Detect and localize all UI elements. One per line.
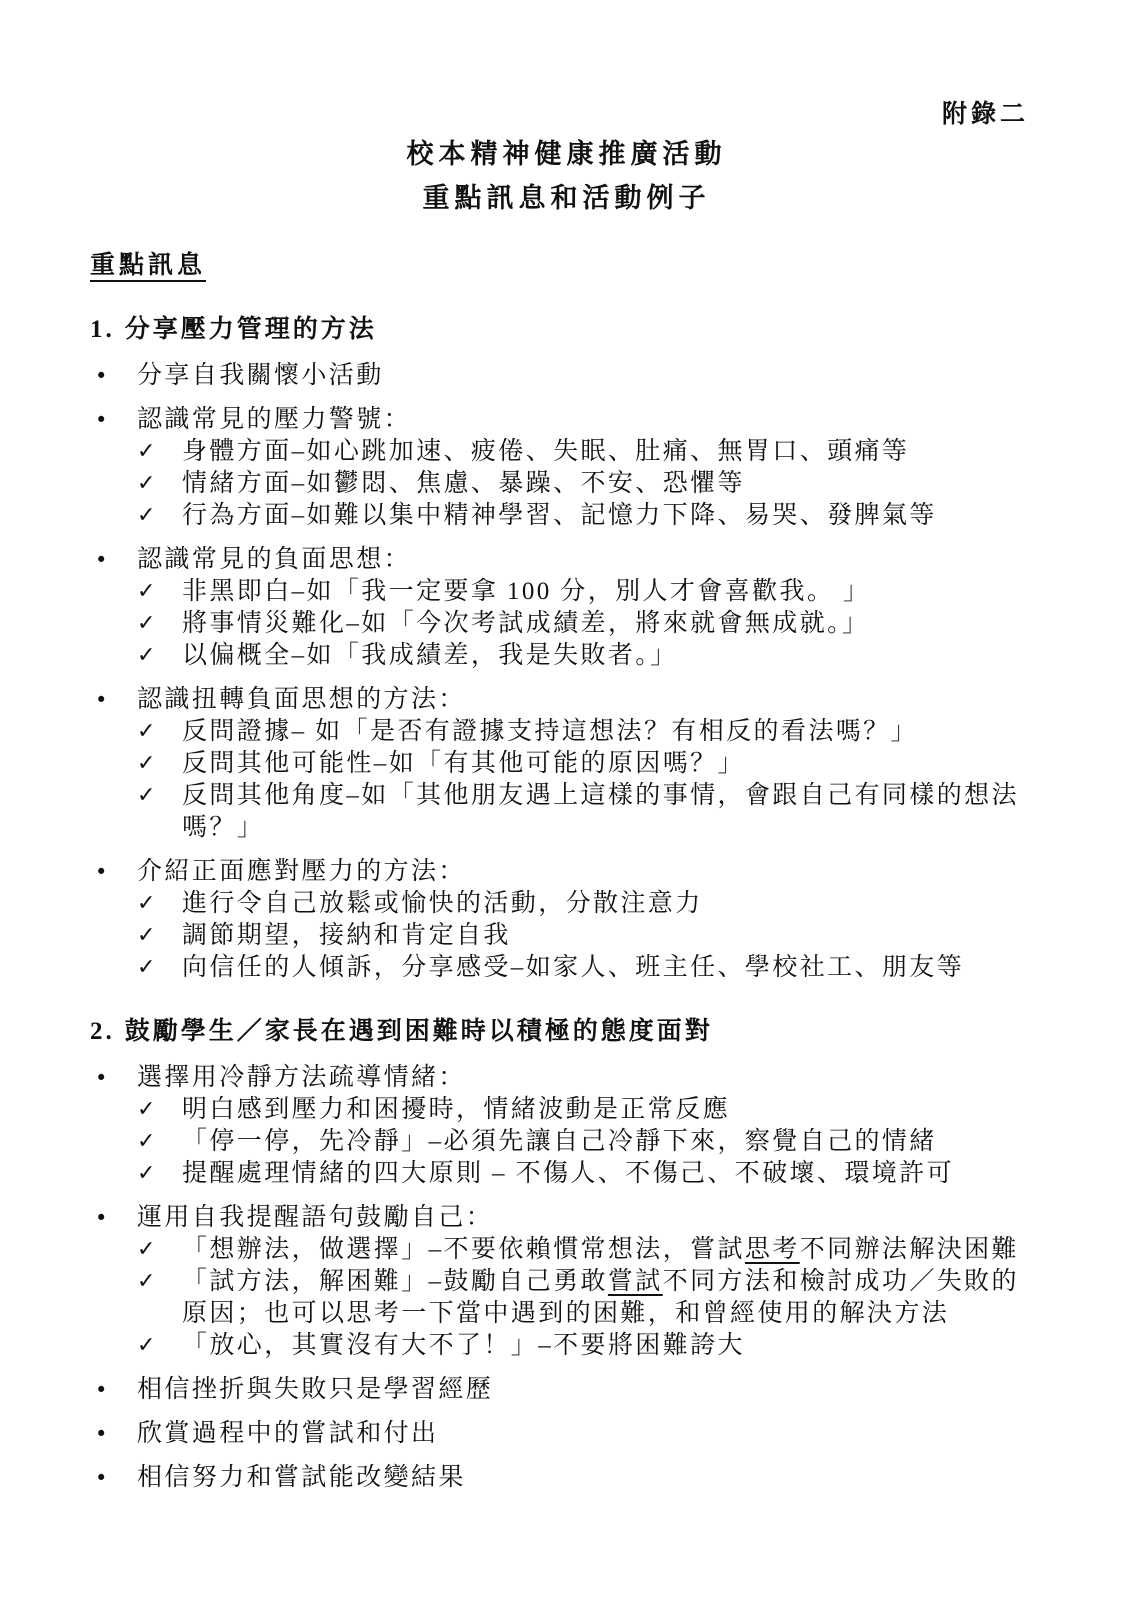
doc-title-line2: 重點訊息和活動例子	[90, 176, 1043, 220]
check-item: ✓ 反問其他可能性–如「有其他可能的原因嗎？」	[90, 748, 1043, 780]
bullet-text: 分享自我關懷小活動	[137, 360, 1043, 392]
section-1-heading: 1. 分享壓力管理的方法	[90, 312, 1043, 348]
check-icon: ✓	[137, 716, 182, 748]
check-item: ✓ 「試方法，解困難」–鼓勵自己勇敢嘗試不同方法和檢討成功／失敗的原因；也可以思…	[90, 1266, 1043, 1330]
check-item: ✓ 向信任的人傾訴，分享感受–如家人、班主任、學校社工、朋友等	[90, 952, 1043, 984]
check-item: ✓ 進行令自己放鬆或愉快的活動，分散注意力	[90, 888, 1043, 920]
check-text: 向信任的人傾訴，分享感受–如家人、班主任、學校社工、朋友等	[182, 952, 1043, 984]
check-text: 行為方面–如難以集中精神學習、記憶力下降、易哭、發脾氣等	[182, 500, 1043, 532]
bullet-text: 相信挫折與失敗只是學習經歷	[137, 1374, 1043, 1406]
key-messages-heading-text: 重點訊息	[90, 252, 206, 279]
check-text: 「試方法，解困難」–鼓勵自己勇敢嘗試不同方法和檢討成功／失敗的原因；也可以思考一…	[182, 1266, 1043, 1330]
check-item: ✓ 行為方面–如難以集中精神學習、記憶力下降、易哭、發脾氣等	[90, 500, 1043, 532]
bullet-icon: •	[95, 1418, 137, 1450]
check-icon: ✓	[137, 920, 182, 952]
check-item: ✓ 身體方面–如心跳加速、疲倦、失眠、肚痛、無胃口、頭痛等	[90, 436, 1043, 468]
check-item: ✓ 情緒方面–如鬱悶、焦慮、暴躁、不安、恐懼等	[90, 468, 1043, 500]
section-1-number: 1.	[90, 312, 115, 348]
bullet-text: 運用自我提醒語句鼓勵自己：	[137, 1202, 1043, 1234]
section-2-heading: 2. 鼓勵學生／家長在遇到困難時以積極的態度面對	[90, 1014, 1043, 1050]
bullet-item: • 認識扭轉負面思想的方法：	[90, 684, 1043, 716]
check-icon: ✓	[137, 952, 182, 984]
check-text: 情緒方面–如鬱悶、焦慮、暴躁、不安、恐懼等	[182, 468, 1043, 500]
check-text-segment: 不同方法和檢討成功／失敗的	[663, 1268, 1019, 1295]
check-text: 「放心，其實沒有大不了！」–不要將困難誇大	[182, 1330, 1043, 1362]
bullet-item: • 分享自我關懷小活動	[90, 360, 1043, 392]
check-text-segment: 「想辦法，做選擇」–不要依賴慣常想法，嘗試	[182, 1236, 745, 1263]
check-item: ✓ 反問證據– 如「是否有證據支持這想法？有相反的看法嗎？」	[90, 716, 1043, 748]
bullet-icon: •	[95, 856, 137, 888]
check-icon: ✓	[137, 888, 182, 920]
document-page: 附錄二 校本精神健康推廣活動 重點訊息和活動例子 重點訊息 1. 分享壓力管理的…	[0, 0, 1131, 1600]
bullet-item: • 介紹正面應對壓力的方法：	[90, 856, 1043, 888]
bullet-icon: •	[95, 1374, 137, 1406]
bullet-item: • 選擇用冷靜方法疏導情緒：	[90, 1062, 1043, 1094]
check-icon: ✓	[137, 1266, 182, 1330]
check-text: 以偏概全–如「我成績差，我是失敗者。」	[182, 640, 1043, 672]
check-text-line2: 原因；也可以思考一下當中遇到的困難，和曾經使用的解決方法	[182, 1300, 949, 1327]
check-icon: ✓	[137, 748, 182, 780]
check-item: ✓ 調節期望，接納和肯定自我	[90, 920, 1043, 952]
bullet-icon: •	[95, 544, 137, 576]
check-item: ✓ 反問其他角度–如「其他朋友遇上這樣的事情，會跟自己有同樣的想法嗎？」	[90, 780, 1043, 844]
bullet-text: 認識常見的壓力警號：	[137, 404, 1043, 436]
bullet-text: 認識扭轉負面思想的方法：	[137, 684, 1043, 716]
bullet-item: • 認識常見的壓力警號：	[90, 404, 1043, 436]
check-text-line1: 反問其他角度–如「其他朋友遇上這樣的事情，會跟自己有同樣的想法	[182, 782, 1019, 809]
check-text: 「想辦法，做選擇」–不要依賴慣常想法，嘗試思考不同辦法解決困難	[182, 1234, 1043, 1266]
bullet-icon: •	[95, 1202, 137, 1234]
check-text: 提醒處理情緒的四大原則 – 不傷人、不傷己、不破壞、環境許可	[182, 1158, 1043, 1190]
doc-title-line1: 校本精神健康推廣活動	[90, 132, 1043, 176]
bullet-text: 相信努力和嘗試能改變結果	[137, 1462, 1043, 1494]
check-text: 身體方面–如心跳加速、疲倦、失眠、肚痛、無胃口、頭痛等	[182, 436, 1043, 468]
bullet-item: • 相信挫折與失敗只是學習經歷	[90, 1374, 1043, 1406]
bullet-text: 選擇用冷靜方法疏導情緒：	[137, 1062, 1043, 1094]
check-text: 明白感到壓力和困擾時，情緒波動是正常反應	[182, 1094, 1043, 1126]
check-text: 反問其他可能性–如「有其他可能的原因嗎？」	[182, 748, 1043, 780]
check-icon: ✓	[137, 640, 182, 672]
check-item: ✓ 提醒處理情緒的四大原則 – 不傷人、不傷己、不破壞、環境許可	[90, 1158, 1043, 1190]
check-text: 反問其他角度–如「其他朋友遇上這樣的事情，會跟自己有同樣的想法嗎？」	[182, 780, 1043, 844]
check-icon: ✓	[137, 576, 182, 608]
check-icon: ✓	[137, 436, 182, 468]
check-icon: ✓	[137, 1094, 182, 1126]
bullet-item: • 相信努力和嘗試能改變結果	[90, 1462, 1043, 1494]
underlined-word: 嘗試	[608, 1268, 663, 1295]
bullet-icon: •	[95, 1062, 137, 1094]
check-text: 非黑即白–如「我一定要拿 100 分，別人才會喜歡我。 」	[182, 576, 1043, 608]
bullet-icon: •	[95, 1462, 137, 1494]
section-2-number: 2.	[90, 1014, 115, 1050]
section-1-title: 分享壓力管理的方法	[125, 312, 377, 348]
check-text: 將事情災難化–如「今次考試成績差，將來就會無成就。」	[182, 608, 1043, 640]
bullet-icon: •	[95, 684, 137, 716]
check-icon: ✓	[137, 500, 182, 532]
check-item: ✓ 將事情災難化–如「今次考試成績差，將來就會無成就。」	[90, 608, 1043, 640]
bullet-icon: •	[95, 360, 137, 392]
check-item: ✓ 非黑即白–如「我一定要拿 100 分，別人才會喜歡我。 」	[90, 576, 1043, 608]
bullet-text: 認識常見的負面思想：	[137, 544, 1043, 576]
check-text-segment: 不同辦法解決困難	[800, 1236, 1019, 1263]
check-icon: ✓	[137, 1234, 182, 1266]
check-text: 進行令自己放鬆或愉快的活動，分散注意力	[182, 888, 1043, 920]
check-icon: ✓	[137, 468, 182, 500]
bullet-icon: •	[95, 404, 137, 436]
check-item: ✓ 「停一停，先冷靜」–必須先讓自己冷靜下來，察覺自己的情緒	[90, 1126, 1043, 1158]
check-item: ✓ 「放心，其實沒有大不了！」–不要將困難誇大	[90, 1330, 1043, 1362]
bullet-text: 介紹正面應對壓力的方法：	[137, 856, 1043, 888]
appendix-label: 附錄二	[90, 98, 1043, 132]
check-text: 反問證據– 如「是否有證據支持這想法？有相反的看法嗎？」	[182, 716, 1043, 748]
check-icon: ✓	[137, 1330, 182, 1362]
section-2-title: 鼓勵學生／家長在遇到困難時以積極的態度面對	[125, 1014, 713, 1050]
bullet-item: • 運用自我提醒語句鼓勵自己：	[90, 1202, 1043, 1234]
bullet-text: 欣賞過程中的嘗試和付出	[137, 1418, 1043, 1450]
check-icon: ✓	[137, 608, 182, 640]
key-messages-heading: 重點訊息	[90, 250, 1043, 282]
check-text-line2: 嗎？」	[182, 814, 264, 841]
underlined-word: 思考	[745, 1236, 800, 1263]
check-text: 調節期望，接納和肯定自我	[182, 920, 1043, 952]
check-icon: ✓	[137, 1158, 182, 1190]
bullet-item: • 欣賞過程中的嘗試和付出	[90, 1418, 1043, 1450]
check-item: ✓ 以偏概全–如「我成績差，我是失敗者。」	[90, 640, 1043, 672]
check-text: 「停一停，先冷靜」–必須先讓自己冷靜下來，察覺自己的情緒	[182, 1126, 1043, 1158]
bullet-item: • 認識常見的負面思想：	[90, 544, 1043, 576]
check-item: ✓ 「想辦法，做選擇」–不要依賴慣常想法，嘗試思考不同辦法解決困難	[90, 1234, 1043, 1266]
check-item: ✓ 明白感到壓力和困擾時，情緒波動是正常反應	[90, 1094, 1043, 1126]
check-text-segment: 「試方法，解困難」–鼓勵自己勇敢	[182, 1268, 608, 1295]
check-icon: ✓	[137, 1126, 182, 1158]
check-icon: ✓	[137, 780, 182, 844]
